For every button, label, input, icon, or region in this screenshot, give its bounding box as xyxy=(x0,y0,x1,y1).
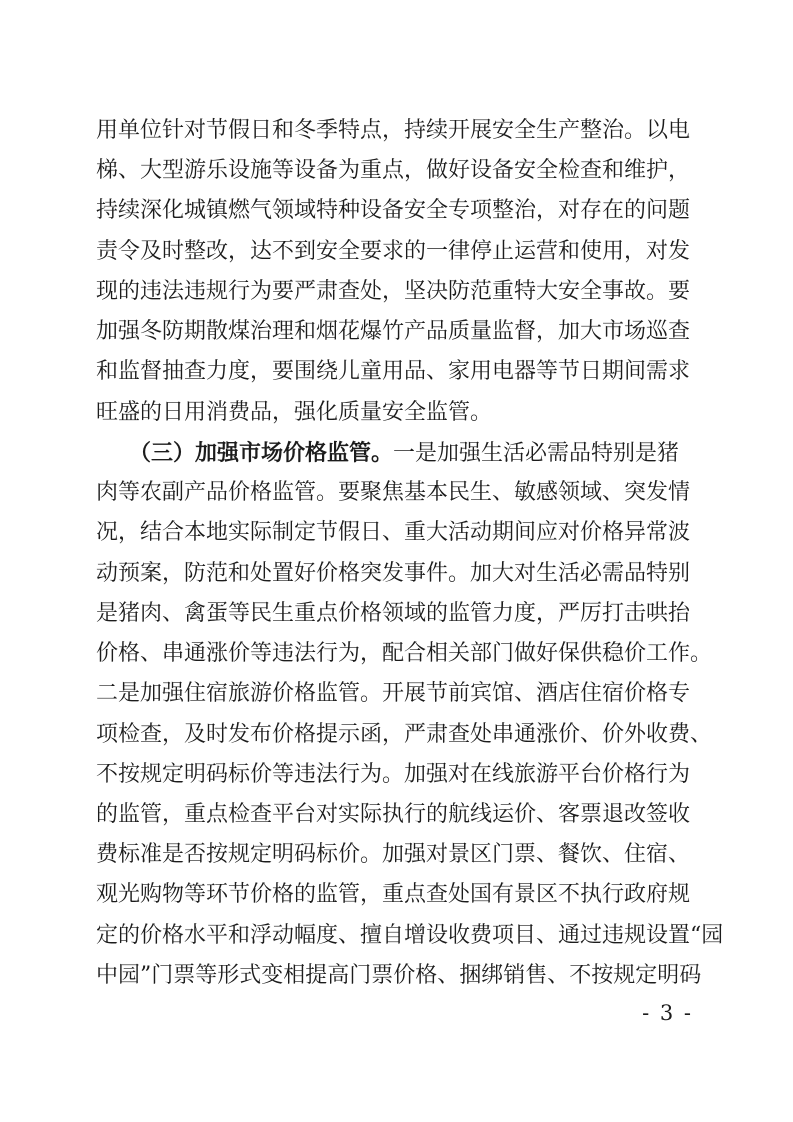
page-number: - 3 - xyxy=(642,1001,693,1025)
text-segment: 肉等农副产品价格监管。要聚焦基本民生、敏感领域、突发情 xyxy=(96,480,690,505)
text-segment: 用单位针对节假日和冬季特点，持续开展安全生产整治。以电 xyxy=(96,118,690,143)
text-segment: 梯、大型游乐设施等设备为重点，做好设备安全检查和维护， xyxy=(96,158,690,183)
text-segment xyxy=(96,441,140,466)
text-line: 责令及时整改，达不到安全要求的一律停止运营和使用，对发 xyxy=(96,232,703,272)
text-line: 旺盛的日用消费品，强化质量安全监管。 xyxy=(96,393,703,433)
text-segment: 现的违法违规行为要严肃查处，坚决防范重特大安全事故。要 xyxy=(96,279,690,304)
text-line: 项检查，及时发布价格提示函，严肃查处串通涨价、价外收费、 xyxy=(96,715,703,755)
text-line: 观光购物等环节价格的监管，重点查处国有景区不执行政府规 xyxy=(96,875,703,915)
text-segment: 定的价格水平和浮动幅度、擅自增设收费项目、通过违规设置“园 xyxy=(96,923,723,948)
text-segment: 的监管，重点检查平台对实际执行的航线运价、客票退改签收 xyxy=(96,802,690,827)
text-segment: 中园”门票等形式变相提高门票价格、捆绑销售、不按规定明码 xyxy=(96,963,701,988)
text-line: 加强冬防期散煤治理和烟花爆竹产品质量监督，加大市场巡查 xyxy=(96,312,703,352)
text-line: 定的价格水平和浮动幅度、擅自增设收费项目、通过违规设置“园 xyxy=(96,916,703,956)
text-line: 梯、大型游乐设施等设备为重点，做好设备安全检查和维护， xyxy=(96,151,703,191)
text-line: 价格、串通涨价等违法行为，配合相关部门做好保供稳价工作。 xyxy=(96,634,703,674)
text-segment: 持续深化城镇燃气领域特种设备安全专项整治，对存在的问题 xyxy=(96,198,690,223)
text-segment: 价格、串通涨价等违法行为，配合相关部门做好保供稳价工作。 xyxy=(96,641,712,666)
text-line: 况，结合本地实际制定节假日、重大活动期间应对价格异常波 xyxy=(96,513,703,553)
text-line: 和监督抽查力度，要围绕儿童用品、家用电器等节日期间需求 xyxy=(96,352,703,392)
text-line: （三）加强市场价格监管。一是加强生活必需品特别是猪 xyxy=(96,433,703,473)
text-line: 费标准是否按规定明码标价。加强对景区门票、餐饮、住宿、 xyxy=(96,835,703,875)
text-line: 动预案，防范和处置好价格突发事件。加大对生活必需品特别 xyxy=(96,554,703,594)
document-page: 用单位针对节假日和冬季特点，持续开展安全生产整治。以电梯、大型游乐设施等设备为重… xyxy=(0,0,793,1122)
text-line: 现的违法违规行为要严肃查处，坚决防范重特大安全事故。要 xyxy=(96,272,703,312)
text-segment: 费标准是否按规定明码标价。加强对景区门票、餐饮、住宿、 xyxy=(96,842,690,867)
text-segment: 动预案，防范和处置好价格突发事件。加大对生活必需品特别 xyxy=(96,561,690,586)
text-segment: 责令及时整改，达不到安全要求的一律停止运营和使用，对发 xyxy=(96,239,690,264)
text-line: 中园”门票等形式变相提高门票价格、捆绑销售、不按规定明码 xyxy=(96,956,703,996)
text-line: 肉等农副产品价格监管。要聚焦基本民生、敏感领域、突发情 xyxy=(96,473,703,513)
text-segment: 不按规定明码标价等违法行为。加强对在线旅游平台价格行为 xyxy=(96,762,690,787)
text-segment: 项检查，及时发布价格提示函，严肃查处串通涨价、价外收费、 xyxy=(96,722,712,747)
text-segment: 加强冬防期散煤治理和烟花爆竹产品质量监督，加大市场巡查 xyxy=(96,319,690,344)
text-line: 的监管，重点检查平台对实际执行的航线运价、客票退改签收 xyxy=(96,795,703,835)
text-line: 是猪肉、禽蛋等民生重点价格领域的监管力度，严厉打击哄抬 xyxy=(96,594,703,634)
text-segment: 旺盛的日用消费品，强化质量安全监管。 xyxy=(96,400,492,425)
text-segment: 一是加强生活必需品特别是猪 xyxy=(393,441,679,466)
text-segment: 是猪肉、禽蛋等民生重点价格领域的监管力度，严厉打击哄抬 xyxy=(96,601,690,626)
text-segment: 二是加强住宿旅游价格监管。开展节前宾馆、酒店住宿价格专 xyxy=(96,681,690,706)
document-body: 用单位针对节假日和冬季特点，持续开展安全生产整治。以电梯、大型游乐设施等设备为重… xyxy=(96,111,703,996)
text-segment: 和监督抽查力度，要围绕儿童用品、家用电器等节日期间需求 xyxy=(96,359,690,384)
text-line: 不按规定明码标价等违法行为。加强对在线旅游平台价格行为 xyxy=(96,755,703,795)
text-segment: 况，结合本地实际制定节假日、重大活动期间应对价格异常波 xyxy=(96,520,690,545)
text-segment: 观光购物等环节价格的监管，重点查处国有景区不执行政府规 xyxy=(96,882,690,907)
text-line: 用单位针对节假日和冬季特点，持续开展安全生产整治。以电 xyxy=(96,111,703,151)
text-segment: （三）加强市场价格监管。 xyxy=(140,440,393,466)
text-line: 持续深化城镇燃气领域特种设备安全专项整治，对存在的问题 xyxy=(96,191,703,231)
text-line: 二是加强住宿旅游价格监管。开展节前宾馆、酒店住宿价格专 xyxy=(96,674,703,714)
